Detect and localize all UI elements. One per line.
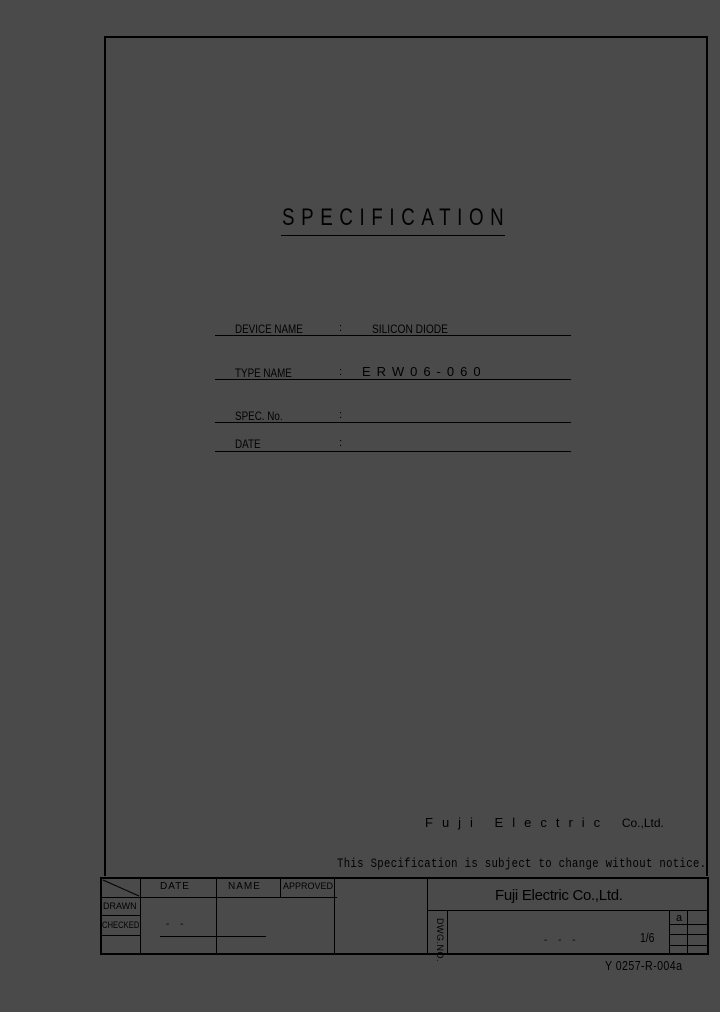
date-rule [215,451,571,452]
grid-line [101,915,141,916]
device-name-label: DEVICE NAME [235,322,303,336]
col-approved: APPROVED [283,881,333,891]
grid-line [334,878,335,954]
type-name-rule [215,379,571,380]
change-notice: This Specification is subject to change … [337,857,706,871]
date-label: DATE [235,437,261,451]
grid-line [428,910,708,911]
company-signature-name: Fuji Electric [425,815,609,830]
diagonal-corner [101,878,141,898]
type-name-colon: : [339,366,342,378]
spec-no-rule [215,422,571,423]
device-name-rule [215,335,571,336]
revision: a [676,912,682,924]
device-name-colon: : [339,322,342,334]
document-title: SPECIFICATION [282,204,510,232]
grid-line [280,878,281,898]
title-block-company: Fuji Electric Co.,Ltd. [495,887,623,904]
row-checked: CHECKED [102,920,139,930]
spec-no-colon: : [339,409,342,421]
grid-line [687,911,688,954]
grid-line [447,911,448,954]
date-colon: : [339,437,342,449]
type-name-label: TYPE NAME [235,366,292,380]
spec-no-label: SPEC. No. [235,409,283,423]
form-number: Y 0257-R-004a [605,958,682,973]
grid-line [669,911,670,954]
dwg-no-label: DWG.NO. [435,918,445,962]
col-date: DATE [160,881,190,892]
row-drawn: DRAWN [103,901,137,911]
device-name-value: SILICON DIODE [372,322,448,336]
title-underline [281,235,505,236]
grid-line [669,945,708,946]
col-name: NAME [228,881,261,892]
grid-line [669,924,708,925]
grid-line [669,934,708,935]
page-number: 1/6 [640,930,654,945]
type-name-value: ERW06-060 [362,364,487,379]
company-signature-suffix: Co.,Ltd. [622,816,664,830]
grid-line [216,878,217,954]
grid-line [160,936,266,937]
company-signature: Fuji Electric Co.,Ltd. [425,815,664,830]
grid-line [427,878,428,954]
grid-line [101,935,141,936]
dwg-no-value: - - - [544,935,580,946]
checked-date: - - [166,919,187,930]
page-frame [104,36,708,876]
